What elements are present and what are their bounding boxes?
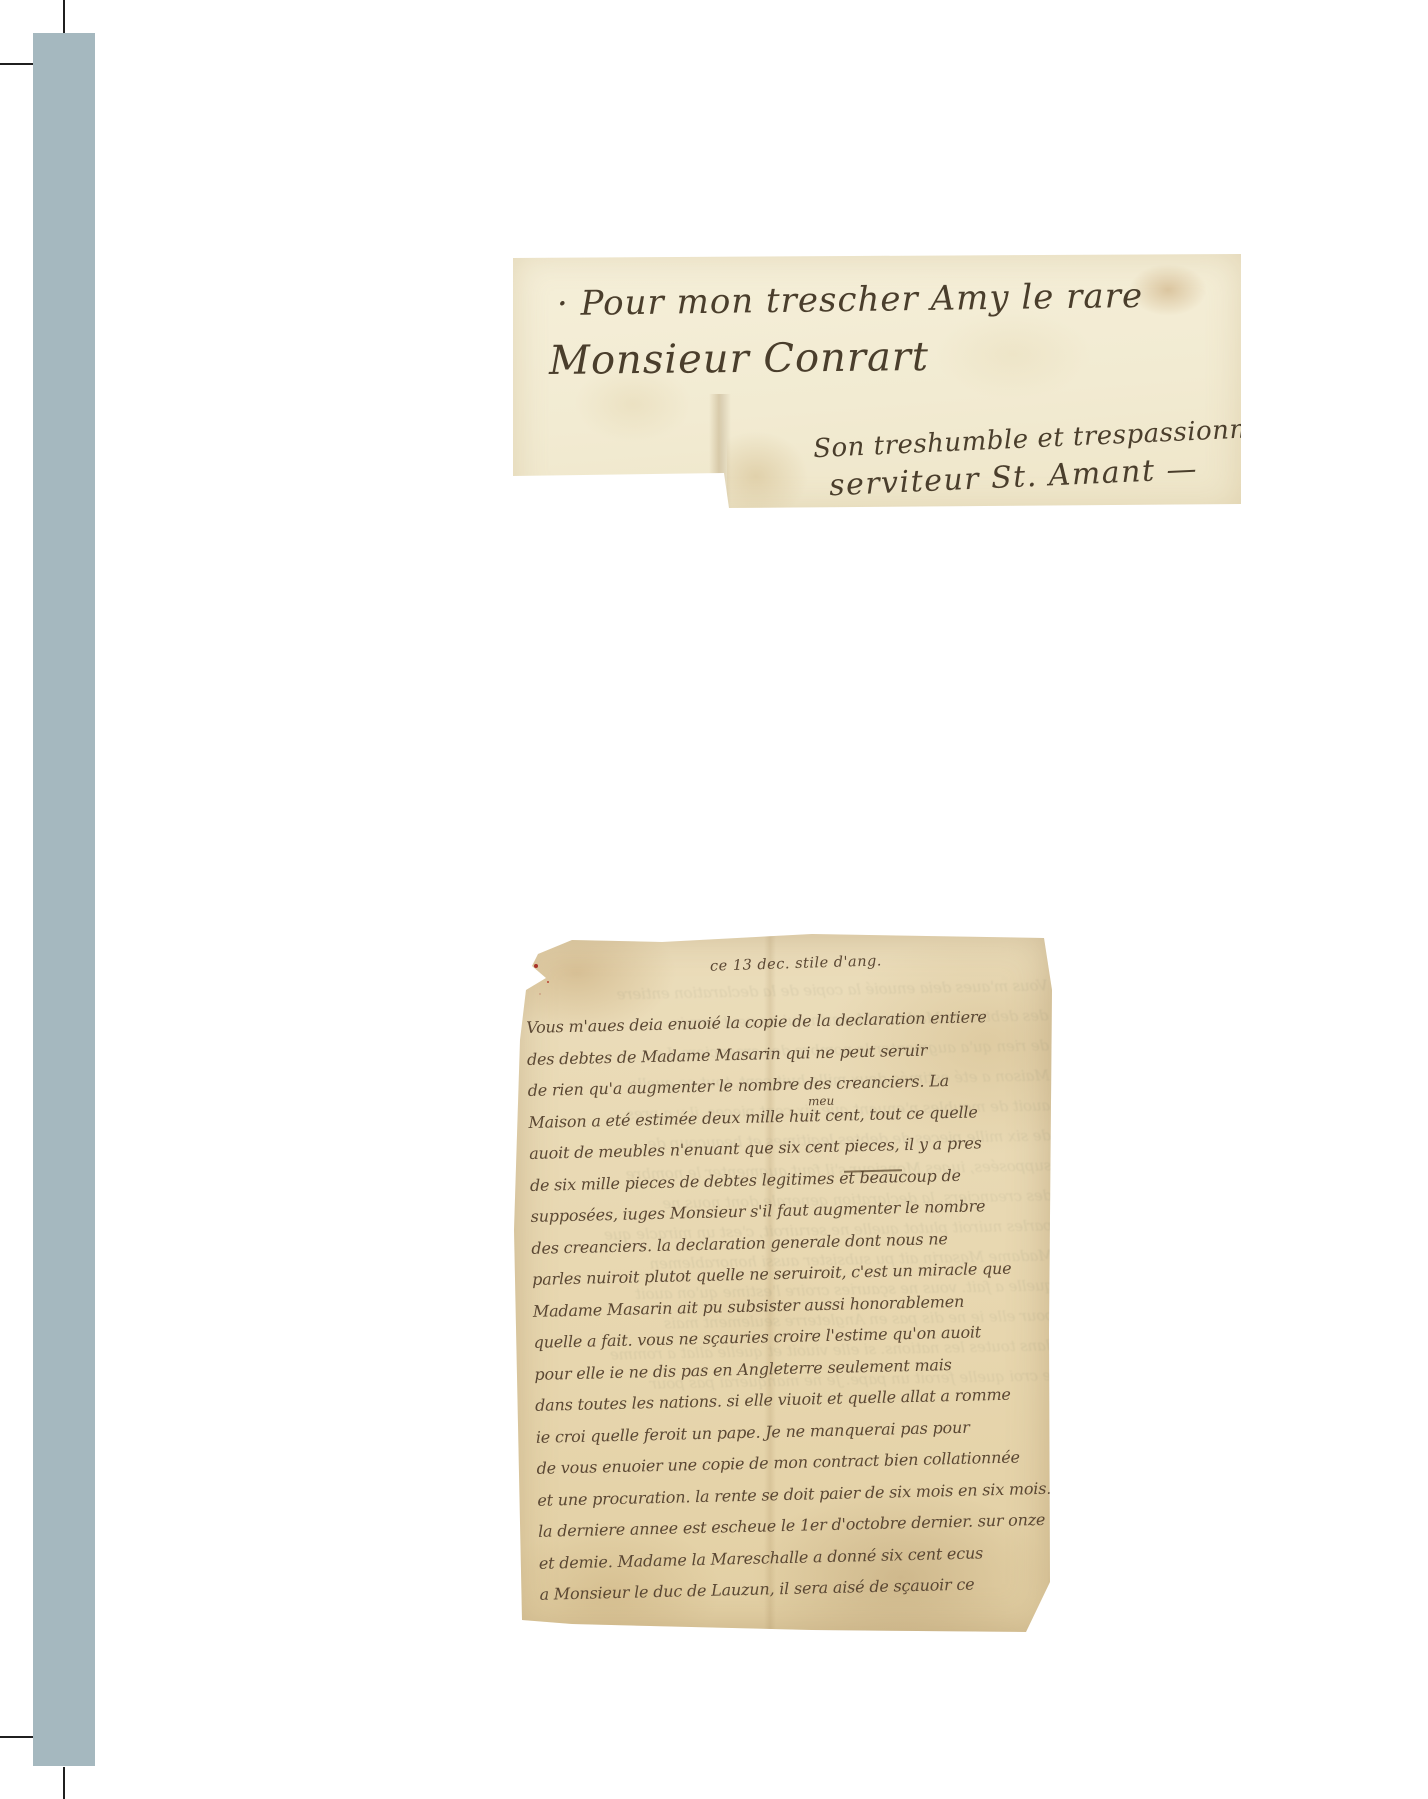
address-line-1: · Pour mon trescher Amy le rare: [557, 276, 1144, 324]
address-line-2: Monsieur Conrart: [549, 334, 929, 384]
interlinear-insertion: meu: [808, 1094, 835, 1109]
crop-mark-top-left-horizontal: [0, 63, 34, 65]
wax-specks: [534, 964, 538, 968]
crop-mark-bottom-left-horizontal: [0, 1736, 34, 1738]
paper-overlap-shadow: [727, 422, 823, 512]
letter-body: Vous m'aues deia enuoié la copie de la d…: [526, 1006, 1065, 1617]
letter-scan: Vous m'aues deia enuoié la copie de la d…: [512, 930, 1052, 1634]
letter-date-heading: ce 13 dec. stile d'ang.: [710, 953, 882, 974]
crop-mark-bottom-left-vertical: [63, 1767, 65, 1799]
crop-mark-top-left-vertical: [63, 0, 65, 34]
sidebar-accent-bar: [33, 33, 95, 1766]
address-leaf-scan: · Pour mon trescher Amy le rare Monsieur…: [513, 254, 1241, 512]
